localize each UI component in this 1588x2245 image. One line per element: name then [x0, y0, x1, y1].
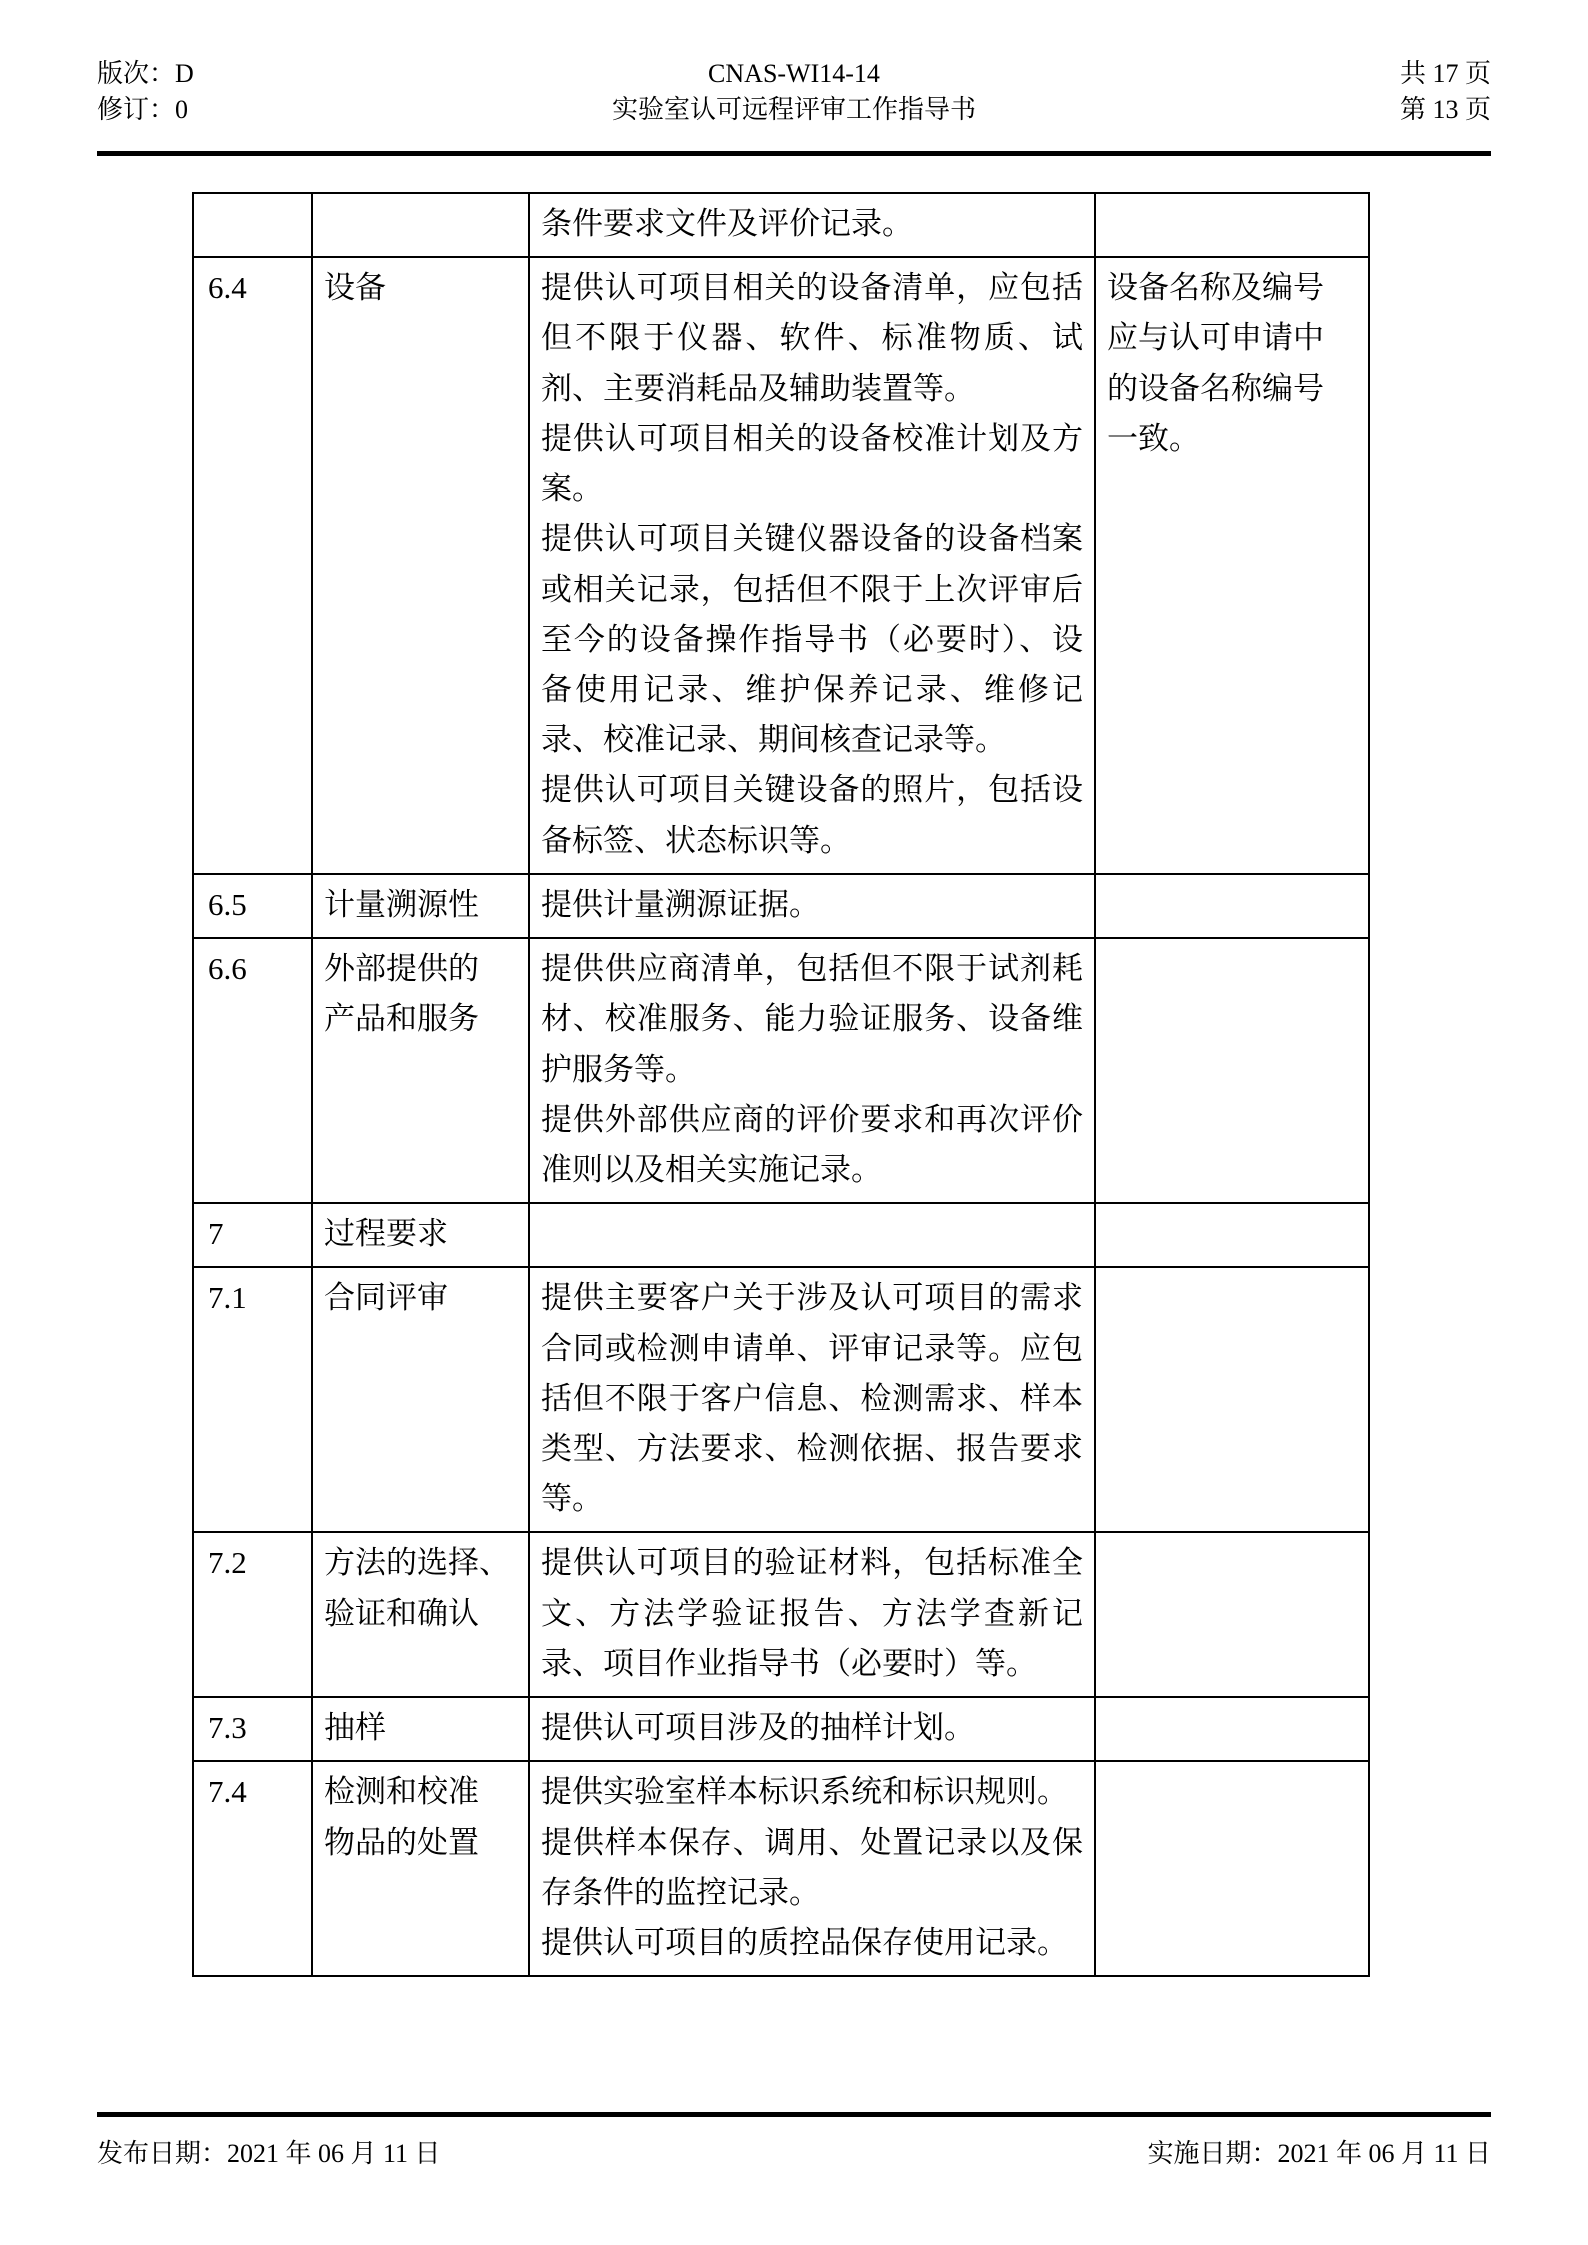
- table-row: 7.3 抽样 提供认可项目涉及的抽样计划。: [193, 1697, 1369, 1761]
- clause-note-cell: [1095, 1761, 1369, 1976]
- header-center: CNAS-WI14-14 实验室认可远程评审工作指导书: [612, 56, 976, 129]
- table-row: 6.6 外部提供的 产品和服务 提供供应商清单，包括但不限于试剂耗材、校准服务、…: [193, 938, 1369, 1203]
- table-row: 7.2 方法的选择、 验证和确认 提供认可项目的验证材料，包括标准全文、方法学验…: [193, 1532, 1369, 1697]
- table-row: 7.4 检测和校准 物品的处置 提供实验室样本标识系统和标识规则。 提供样本保存…: [193, 1761, 1369, 1976]
- clause-note-cell: [1095, 938, 1369, 1203]
- clause-note-cell: [1095, 1532, 1369, 1697]
- clause-title-cell: 方法的选择、 验证和确认: [312, 1532, 529, 1697]
- version-label: 版次：D: [97, 56, 612, 92]
- clause-content-cell: [529, 1203, 1095, 1267]
- clause-number-cell: 7: [193, 1203, 312, 1267]
- clause-number-cell: 6.5: [193, 874, 312, 938]
- page-header: 版次：D 修订：0 CNAS-WI14-14 实验室认可远程评审工作指导书 共 …: [97, 56, 1491, 156]
- clause-note-cell: 设备名称及编号 应与认可申请中 的设备名称编号 一致。: [1095, 257, 1369, 874]
- doc-title: 实验室认可远程评审工作指导书: [612, 92, 976, 128]
- page-footer: 发布日期：2021 年 06 月 11 日 实施日期：2021 年 06 月 1…: [97, 2112, 1491, 2170]
- clause-content-cell: 提供认可项目的验证材料，包括标准全文、方法学验证报告、方法学查新记录、项目作业指…: [529, 1532, 1095, 1697]
- clause-note-cell: [1095, 874, 1369, 938]
- clause-number-cell: 6.6: [193, 938, 312, 1203]
- table-row: 7 过程要求: [193, 1203, 1369, 1267]
- requirements-table: 条件要求文件及评价记录。 6.4 设备 提供认可项目相关的设备清单，应包括但不限…: [192, 192, 1370, 1977]
- clause-note-cell: [1095, 1697, 1369, 1761]
- table-row: 7.1 合同评审 提供主要客户关于涉及认可项目的需求合同或检测申请单、评审记录等…: [193, 1267, 1369, 1532]
- clause-title-cell: [312, 193, 529, 257]
- document-page: 版次：D 修订：0 CNAS-WI14-14 实验室认可远程评审工作指导书 共 …: [0, 0, 1588, 2245]
- clause-note-cell: [1095, 1267, 1369, 1532]
- doc-code: CNAS-WI14-14: [612, 56, 976, 92]
- clause-number-cell: 7.4: [193, 1761, 312, 1976]
- header-left: 版次：D 修订：0: [97, 56, 612, 129]
- issue-date: 发布日期：2021 年 06 月 11 日: [97, 2133, 441, 2170]
- clause-content-cell: 提供计量溯源证据。: [529, 874, 1095, 938]
- clause-title-cell: 过程要求: [312, 1203, 529, 1267]
- revision-label: 修订：0: [97, 92, 612, 128]
- clause-title-cell: 外部提供的 产品和服务: [312, 938, 529, 1203]
- header-right: 共 17 页 第 13 页: [976, 56, 1491, 129]
- table-row: 6.5 计量溯源性 提供计量溯源证据。: [193, 874, 1369, 938]
- clause-title-cell: 检测和校准 物品的处置: [312, 1761, 529, 1976]
- clause-title-cell: 设备: [312, 257, 529, 874]
- clause-title-cell: 抽样: [312, 1697, 529, 1761]
- clause-number-cell: 7.1: [193, 1267, 312, 1532]
- clause-content-cell: 提供认可项目相关的设备清单，应包括但不限于仪器、软件、标准物质、试剂、主要消耗品…: [529, 257, 1095, 874]
- clause-note-cell: [1095, 1203, 1369, 1267]
- clause-number-cell: 6.4: [193, 257, 312, 874]
- effective-date: 实施日期：2021 年 06 月 11 日: [1147, 2133, 1491, 2170]
- clause-note-cell: [1095, 193, 1369, 257]
- table-row: 6.4 设备 提供认可项目相关的设备清单，应包括但不限于仪器、软件、标准物质、试…: [193, 257, 1369, 874]
- total-pages: 共 17 页: [976, 56, 1491, 92]
- clause-content-cell: 提供供应商清单，包括但不限于试剂耗材、校准服务、能力验证服务、设备维护服务等。 …: [529, 938, 1095, 1203]
- clause-content-cell: 条件要求文件及评价记录。: [529, 193, 1095, 257]
- clause-number-cell: [193, 193, 312, 257]
- clause-content-cell: 提供实验室样本标识系统和标识规则。 提供样本保存、调用、处置记录以及保存条件的监…: [529, 1761, 1095, 1976]
- clause-content-cell: 提供主要客户关于涉及认可项目的需求合同或检测申请单、评审记录等。应包括但不限于客…: [529, 1267, 1095, 1532]
- clause-number-cell: 7.2: [193, 1532, 312, 1697]
- table-row: 条件要求文件及评价记录。: [193, 193, 1369, 257]
- clause-content-cell: 提供认可项目涉及的抽样计划。: [529, 1697, 1095, 1761]
- page-number: 第 13 页: [976, 92, 1491, 128]
- clause-number-cell: 7.3: [193, 1697, 312, 1761]
- clause-title-cell: 合同评审: [312, 1267, 529, 1532]
- clause-title-cell: 计量溯源性: [312, 874, 529, 938]
